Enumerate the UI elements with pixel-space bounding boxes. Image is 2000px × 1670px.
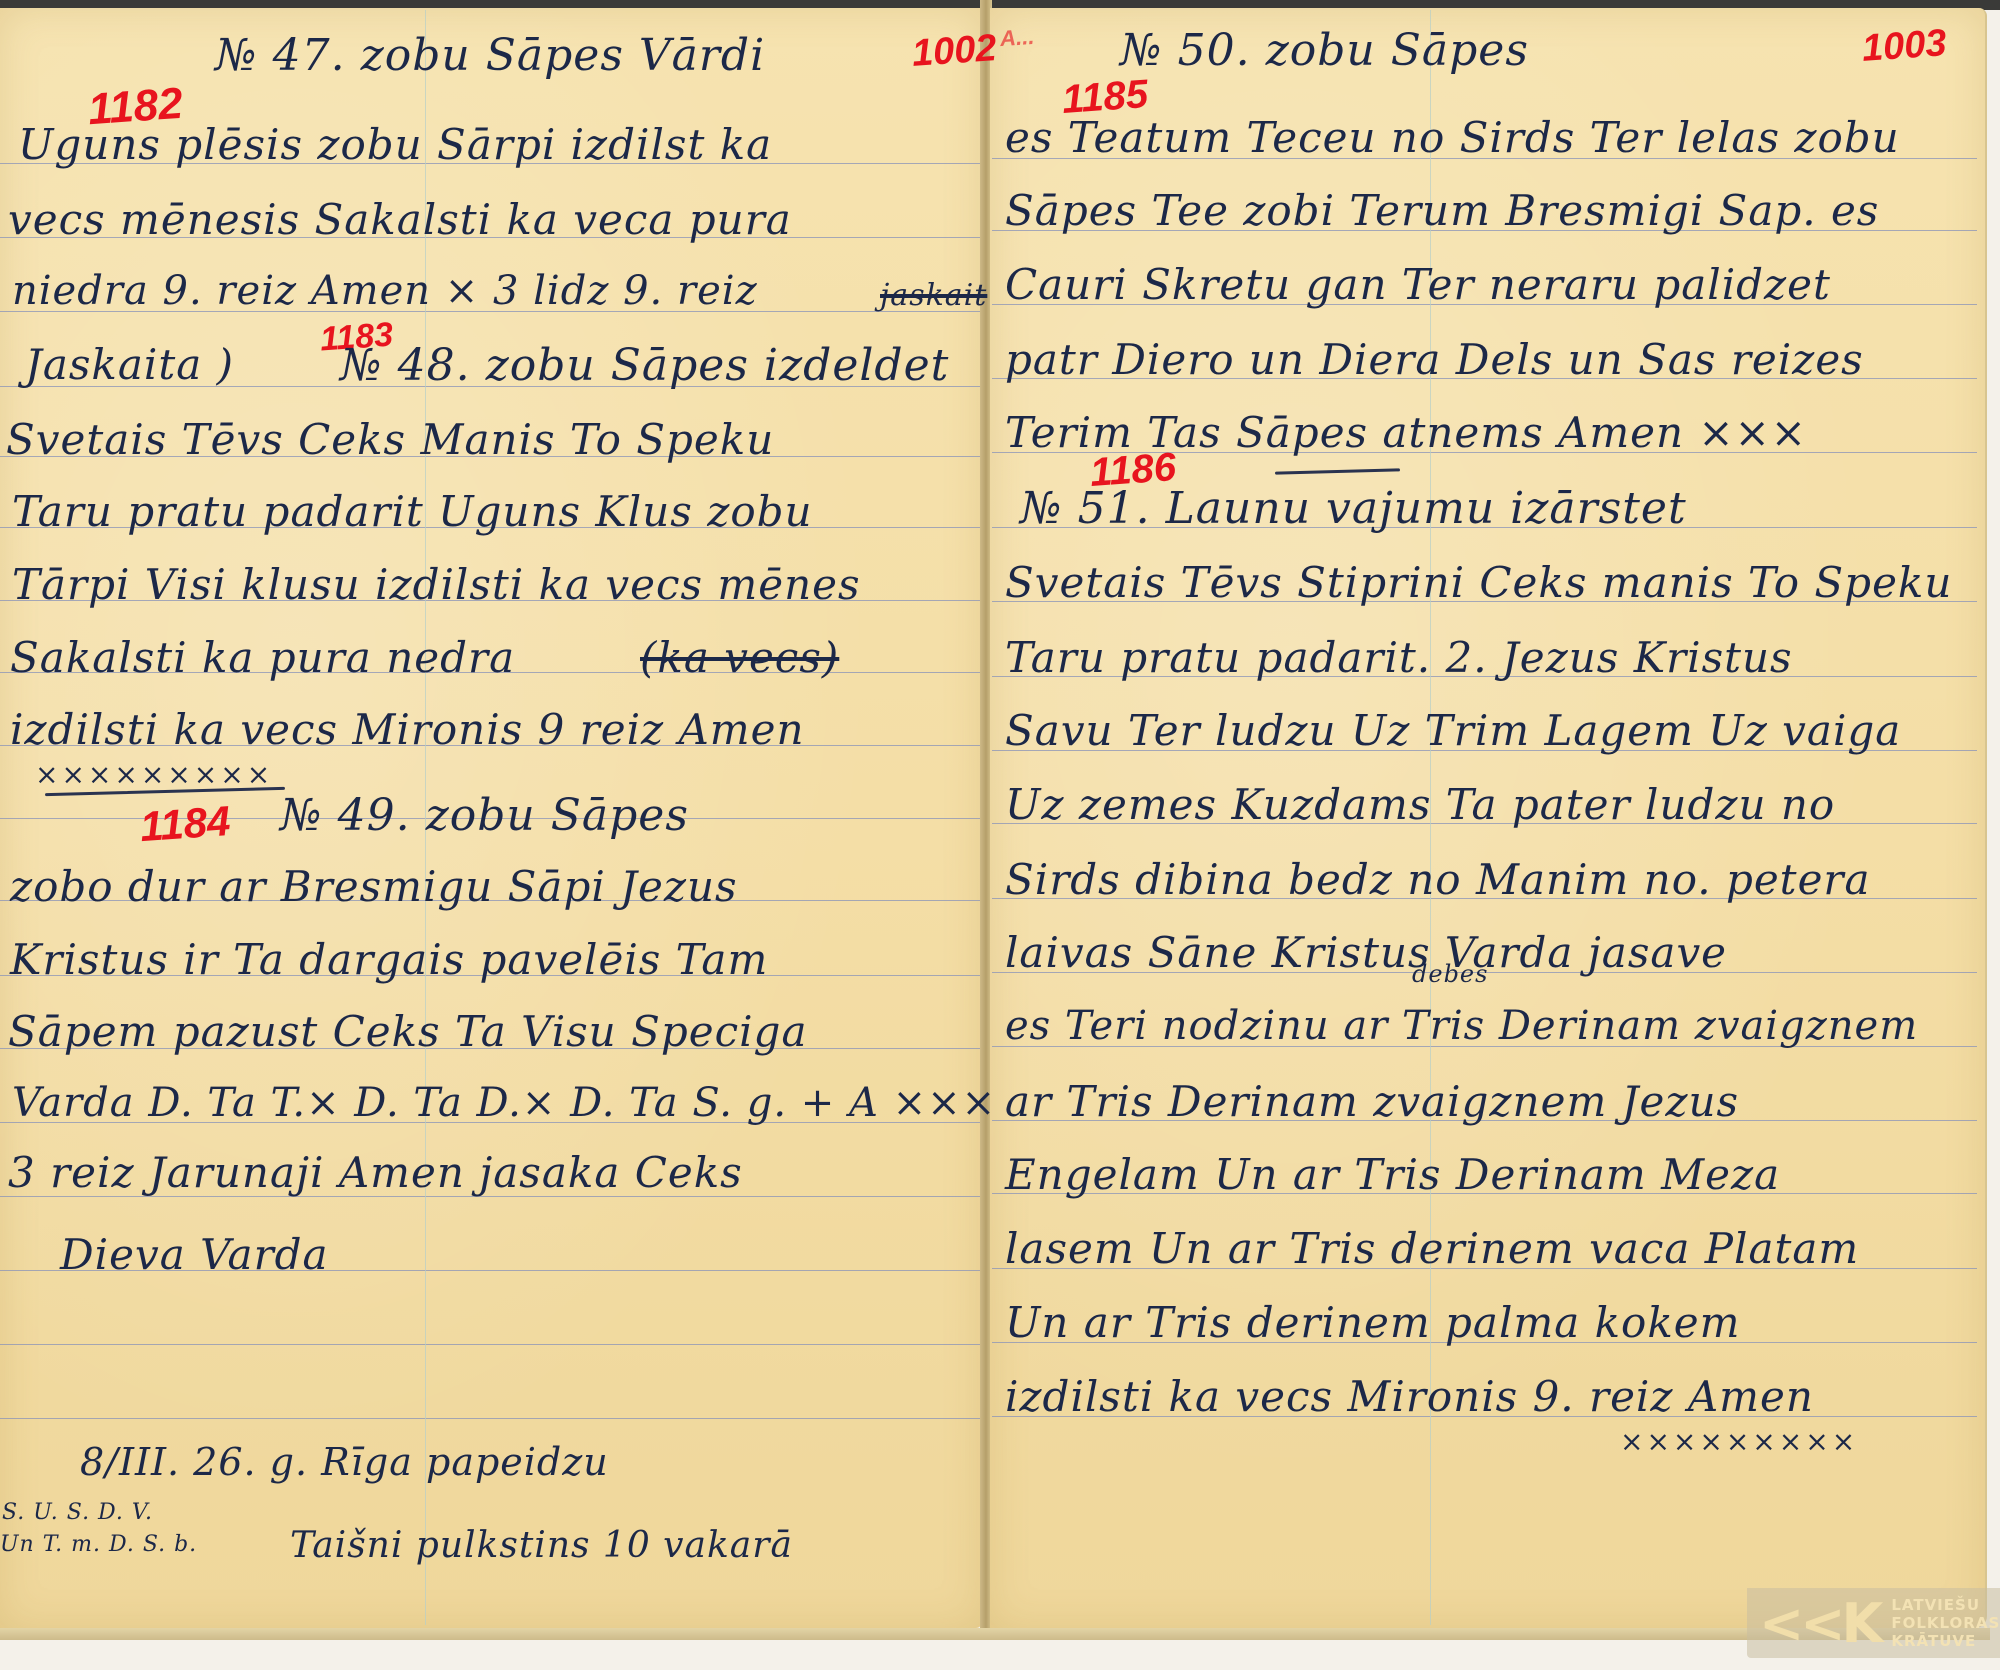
entry-heading: № 50. zobu Sāpes bbox=[1120, 25, 1529, 76]
struck-parenthetical: (ka vecs) bbox=[640, 633, 839, 682]
archive-number: 1184 bbox=[138, 797, 231, 851]
footer-time-line: Taišni pulkstins 10 vakarā bbox=[290, 1525, 793, 1566]
text-line: Svetais Tēvs Ceks Manis To Speku bbox=[6, 415, 774, 464]
text-line: Dieva Varda bbox=[60, 1230, 329, 1279]
text-line: es Teri nodzinu ar Tris Derinam zvaigzne… bbox=[1005, 1003, 1918, 1049]
text-line: Cauri Skretu gan Ter neraru palidzet bbox=[1005, 260, 1831, 309]
faint-red-mark: A... bbox=[999, 24, 1035, 52]
notebook-spread: 1002 1182 № 47. zobu Sāpes Vārdi Uguns p… bbox=[0, 0, 2000, 1670]
text-line: Varda D. Ta T.× D. Ta D.× D. Ta S. g. + … bbox=[12, 1080, 996, 1126]
text-line: Uz zemes Kuzdams Ta pater ludzu no bbox=[1005, 780, 1835, 829]
text-line: izdilsti ka vecs Mironis 9. reiz Amen bbox=[1005, 1372, 1814, 1421]
text-line: patr Diero un Diera Dels un Sas reizes bbox=[1005, 335, 1864, 384]
text-line: vecs mēnesis Sakalsti ka veca pura bbox=[8, 195, 792, 244]
entry-heading: № 48. zobu Sāpes izdeldet bbox=[340, 340, 949, 391]
text-line: 3 reiz Jarunaji Amen jasaka Ceks bbox=[8, 1148, 743, 1197]
archive-logo: <<K LATVIEŠU FOLKLORAS KRĀTUVE bbox=[1747, 1588, 2000, 1658]
entry-heading: № 47. zobu Sāpes Vārdi bbox=[215, 30, 765, 81]
archive-logo-line: FOLKLORAS bbox=[1891, 1614, 2000, 1632]
text-line: Sakalsti ka pura nedra bbox=[10, 633, 515, 682]
text-line: Svetais Tēvs Stiprini Ceks manis To Spek… bbox=[1005, 558, 1952, 607]
text-line: izdilsti ka vecs Mironis 9 reiz Amen bbox=[10, 705, 805, 754]
text-line: Sirds dibina bedz no Manim no. petera bbox=[1005, 855, 1871, 904]
text-line-prefix: Jaskaita ) bbox=[25, 340, 234, 389]
page-number: 1003 bbox=[1861, 22, 1948, 71]
text-line: niedra 9. reiz Amen × 3 lidz 9. reiz bbox=[12, 268, 758, 314]
text-line: zobo dur ar Bresmigu Sāpi Jezus bbox=[10, 862, 738, 911]
archive-logo-mark: <<K bbox=[1759, 1592, 1879, 1655]
footer-initials: Un T. m. D. S. b. bbox=[0, 1532, 197, 1557]
interlinear-insert: debes bbox=[1412, 960, 1488, 988]
entry-heading: № 51. Launu vajumu izārstet bbox=[1020, 483, 1687, 534]
archive-logo-text: LATVIEŠU FOLKLORAS KRĀTUVE bbox=[1891, 1596, 2000, 1650]
crosses: ××××××××× bbox=[35, 758, 273, 791]
ruled-line bbox=[0, 1418, 980, 1419]
archive-logo-line: LATVIEŠU bbox=[1891, 1596, 2000, 1614]
text-line: lasem Un ar Tris derinem vaca Platam bbox=[1005, 1224, 1859, 1273]
page-number: 1002 bbox=[911, 27, 998, 76]
text-line: Taru pratu padarit Uguns Klus zobu bbox=[12, 487, 813, 536]
footer-date-line: 8/III. 26. g. Rīga papeidzu bbox=[80, 1440, 609, 1484]
entry-heading: № 49. zobu Sāpes bbox=[280, 790, 689, 841]
archive-logo-line: KRĀTUVE bbox=[1891, 1632, 2000, 1650]
text-line: Savu Ter ludzu Uz Trim Lagem Uz vaiga bbox=[1005, 706, 1901, 755]
page-bottom-edge bbox=[0, 1628, 1990, 1640]
text-line: Sāpem pazust Ceks Ta Visu Speciga bbox=[8, 1007, 807, 1056]
struck-word: jaskait bbox=[880, 278, 987, 313]
text-line: Uguns plēsis zobu Sārpi izdilst ka bbox=[18, 120, 772, 169]
text-line: Taru pratu padarit. 2. Jezus Kristus bbox=[1005, 633, 1793, 682]
text-line: laivas Sāne Kristus Varda jasave bbox=[1005, 928, 1727, 977]
text-line: Sāpes Tee zobi Terum Bresmigi Sap. es bbox=[1005, 186, 1879, 235]
text-line: Un ar Tris derinem palma kokem bbox=[1005, 1298, 1740, 1347]
footer-initials: S. U. S. D. V. bbox=[2, 1500, 153, 1525]
text-line: Tārpi Visi klusu izdilsti ka vecs mēnes bbox=[12, 560, 861, 609]
text-line: ar Tris Derinam zvaigznem Jezus bbox=[1005, 1077, 1739, 1126]
text-line: es Teatum Teceu no Sirds Ter lelas zobu bbox=[1005, 113, 1900, 162]
text-line: Engelam Un ar Tris Derinam Meza bbox=[1005, 1150, 1780, 1199]
ruled-line bbox=[0, 1344, 980, 1345]
text-line: Kristus ir Ta dargais pavelēis Tam bbox=[10, 935, 768, 984]
crosses: ××××××××× bbox=[1620, 1425, 1858, 1458]
